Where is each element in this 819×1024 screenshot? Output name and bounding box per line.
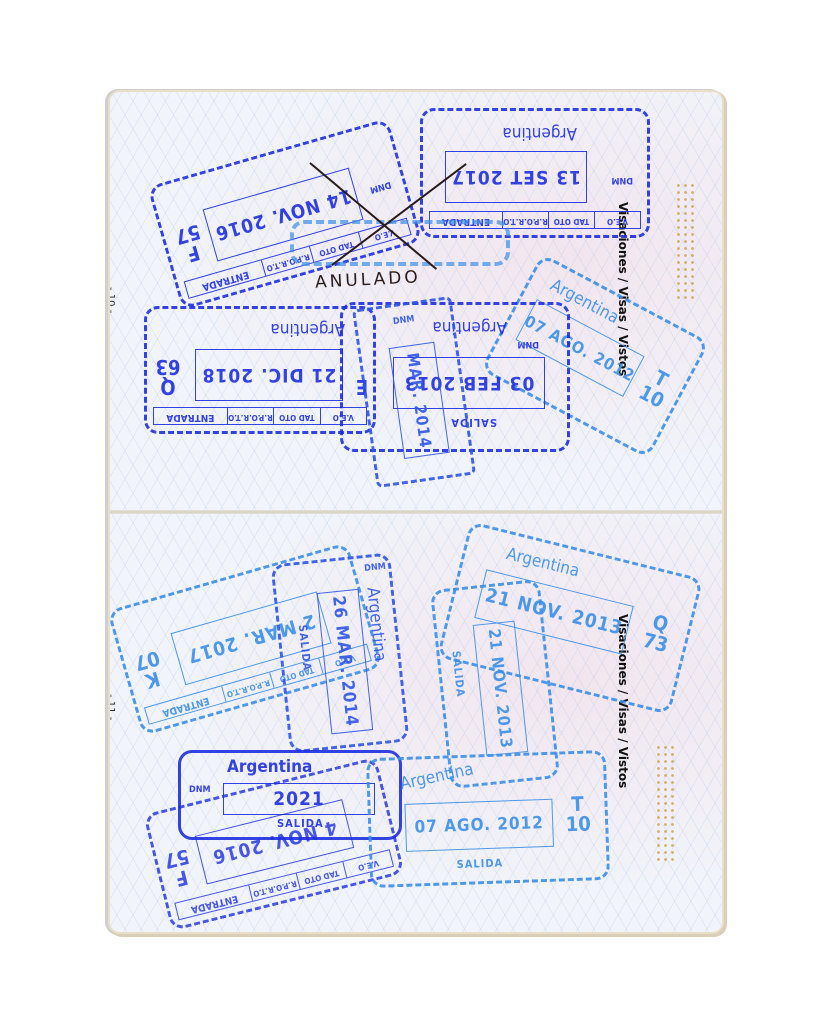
stamp-code: Q 63 [153, 357, 183, 397]
exit-stamp: 26 MAR. 2014 Argentina SALIDA DNM [270, 552, 409, 754]
stamp-date: 13 SET 2017 [445, 151, 587, 203]
page-number: - 10 - [110, 287, 116, 313]
perforation-number [675, 182, 697, 302]
dnm-logo-icon: DNM [369, 179, 392, 195]
smudged-stamp [290, 220, 510, 266]
stamp-country: Argentina [502, 123, 577, 143]
stamp-code: T 10 [634, 363, 679, 412]
dnm-logo-icon: DNM [392, 314, 415, 327]
stamp-code: K 07 [127, 646, 173, 694]
visa-page-top: - 10 - Visaciones / Visas / Vistos V.E.O… [110, 92, 722, 510]
stamp-code: F 57 [171, 221, 211, 268]
stamp-date: 07 AGO. 2012 [404, 799, 554, 852]
stamp-type: SALIDA [296, 624, 314, 672]
stamp-type: SALIDA [449, 650, 467, 698]
exit-stamp: Argentina 07 AGO. 2012 T 10 SALIDA [366, 750, 610, 888]
handwritten-annulled: ANULADO [315, 267, 422, 293]
stamp-date: 21 NOV. 2013 [473, 621, 529, 757]
perforation-number [655, 744, 677, 864]
stamp-country: Argentina [398, 759, 475, 794]
stamp-date: 21 DIC. 2018 [195, 349, 343, 401]
dnm-logo-icon: DNM [517, 339, 539, 349]
stamp-code: T 10 [560, 793, 595, 834]
stamp-country: Argentina [227, 757, 312, 777]
stamp-country: Argentina [362, 586, 390, 662]
dnm-logo-icon: DNM [611, 175, 633, 185]
page-number: - 11 - [110, 694, 116, 720]
stamp-code: F 57 [158, 845, 201, 892]
stamp-date: MAR. 2014 [389, 342, 450, 459]
stamp-code: Q 73 [634, 608, 682, 656]
passport-booklet: - 10 - Visaciones / Visas / Vistos V.E.O… [110, 92, 722, 932]
dnm-logo-icon: DNM [364, 562, 386, 574]
stamp-header: V.E.O TAD OTO R.P.O.R.T.O ENTRADA [153, 407, 367, 425]
visa-page-bottom: - 11 - Visaciones / Visas / Vistos Argen… [110, 514, 722, 932]
dnm-logo-icon: DNM [189, 785, 211, 795]
stamp-country: Argentina [270, 319, 345, 339]
stamp-type: SALIDA [456, 857, 503, 872]
